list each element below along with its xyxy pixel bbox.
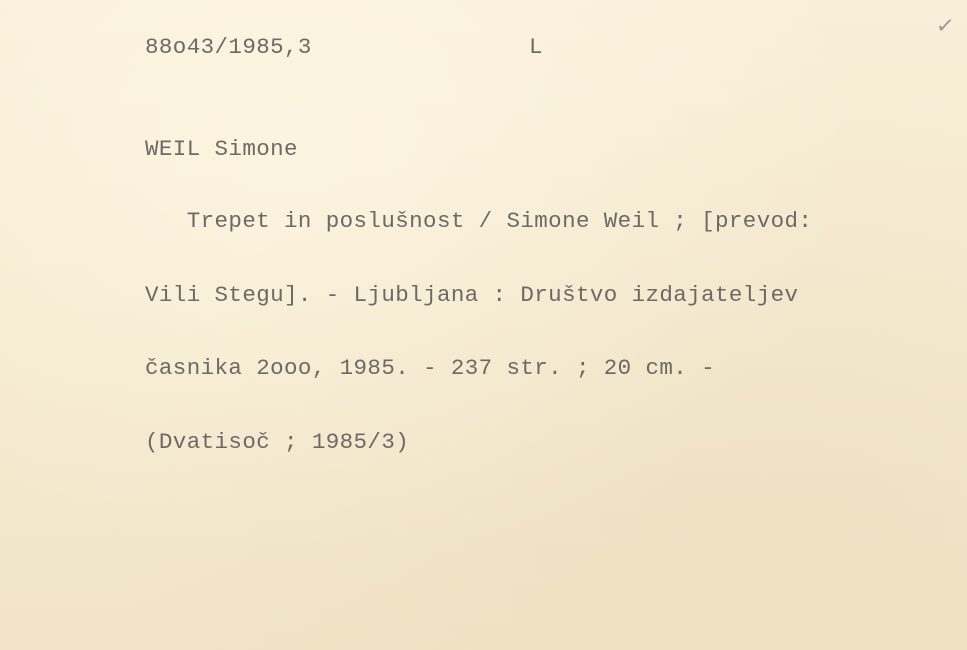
publication-line: Vili Stegu]. - Ljubljana : Društvo izdaj…: [145, 283, 812, 308]
call-number: 88o43/1985,3: [145, 34, 312, 60]
title-statement-line: Trepet in poslušnost / Simone Weil ; [pr…: [145, 209, 812, 234]
location-code: L: [529, 34, 543, 60]
check-mark-icon: ✓: [935, 13, 956, 40]
author-heading: WEIL Simone: [145, 136, 298, 162]
series-line: (Dvatisoč ; 1985/3): [145, 430, 812, 455]
catalog-card: 88o43/1985,3 L ✓ WEIL Simone Trepet in p…: [0, 0, 967, 650]
bibliographic-description: Trepet in poslušnost / Simone Weil ; [pr…: [145, 160, 812, 503]
physical-description-line: časnika 2ooo, 1985. - 237 str. ; 20 cm. …: [145, 356, 812, 381]
